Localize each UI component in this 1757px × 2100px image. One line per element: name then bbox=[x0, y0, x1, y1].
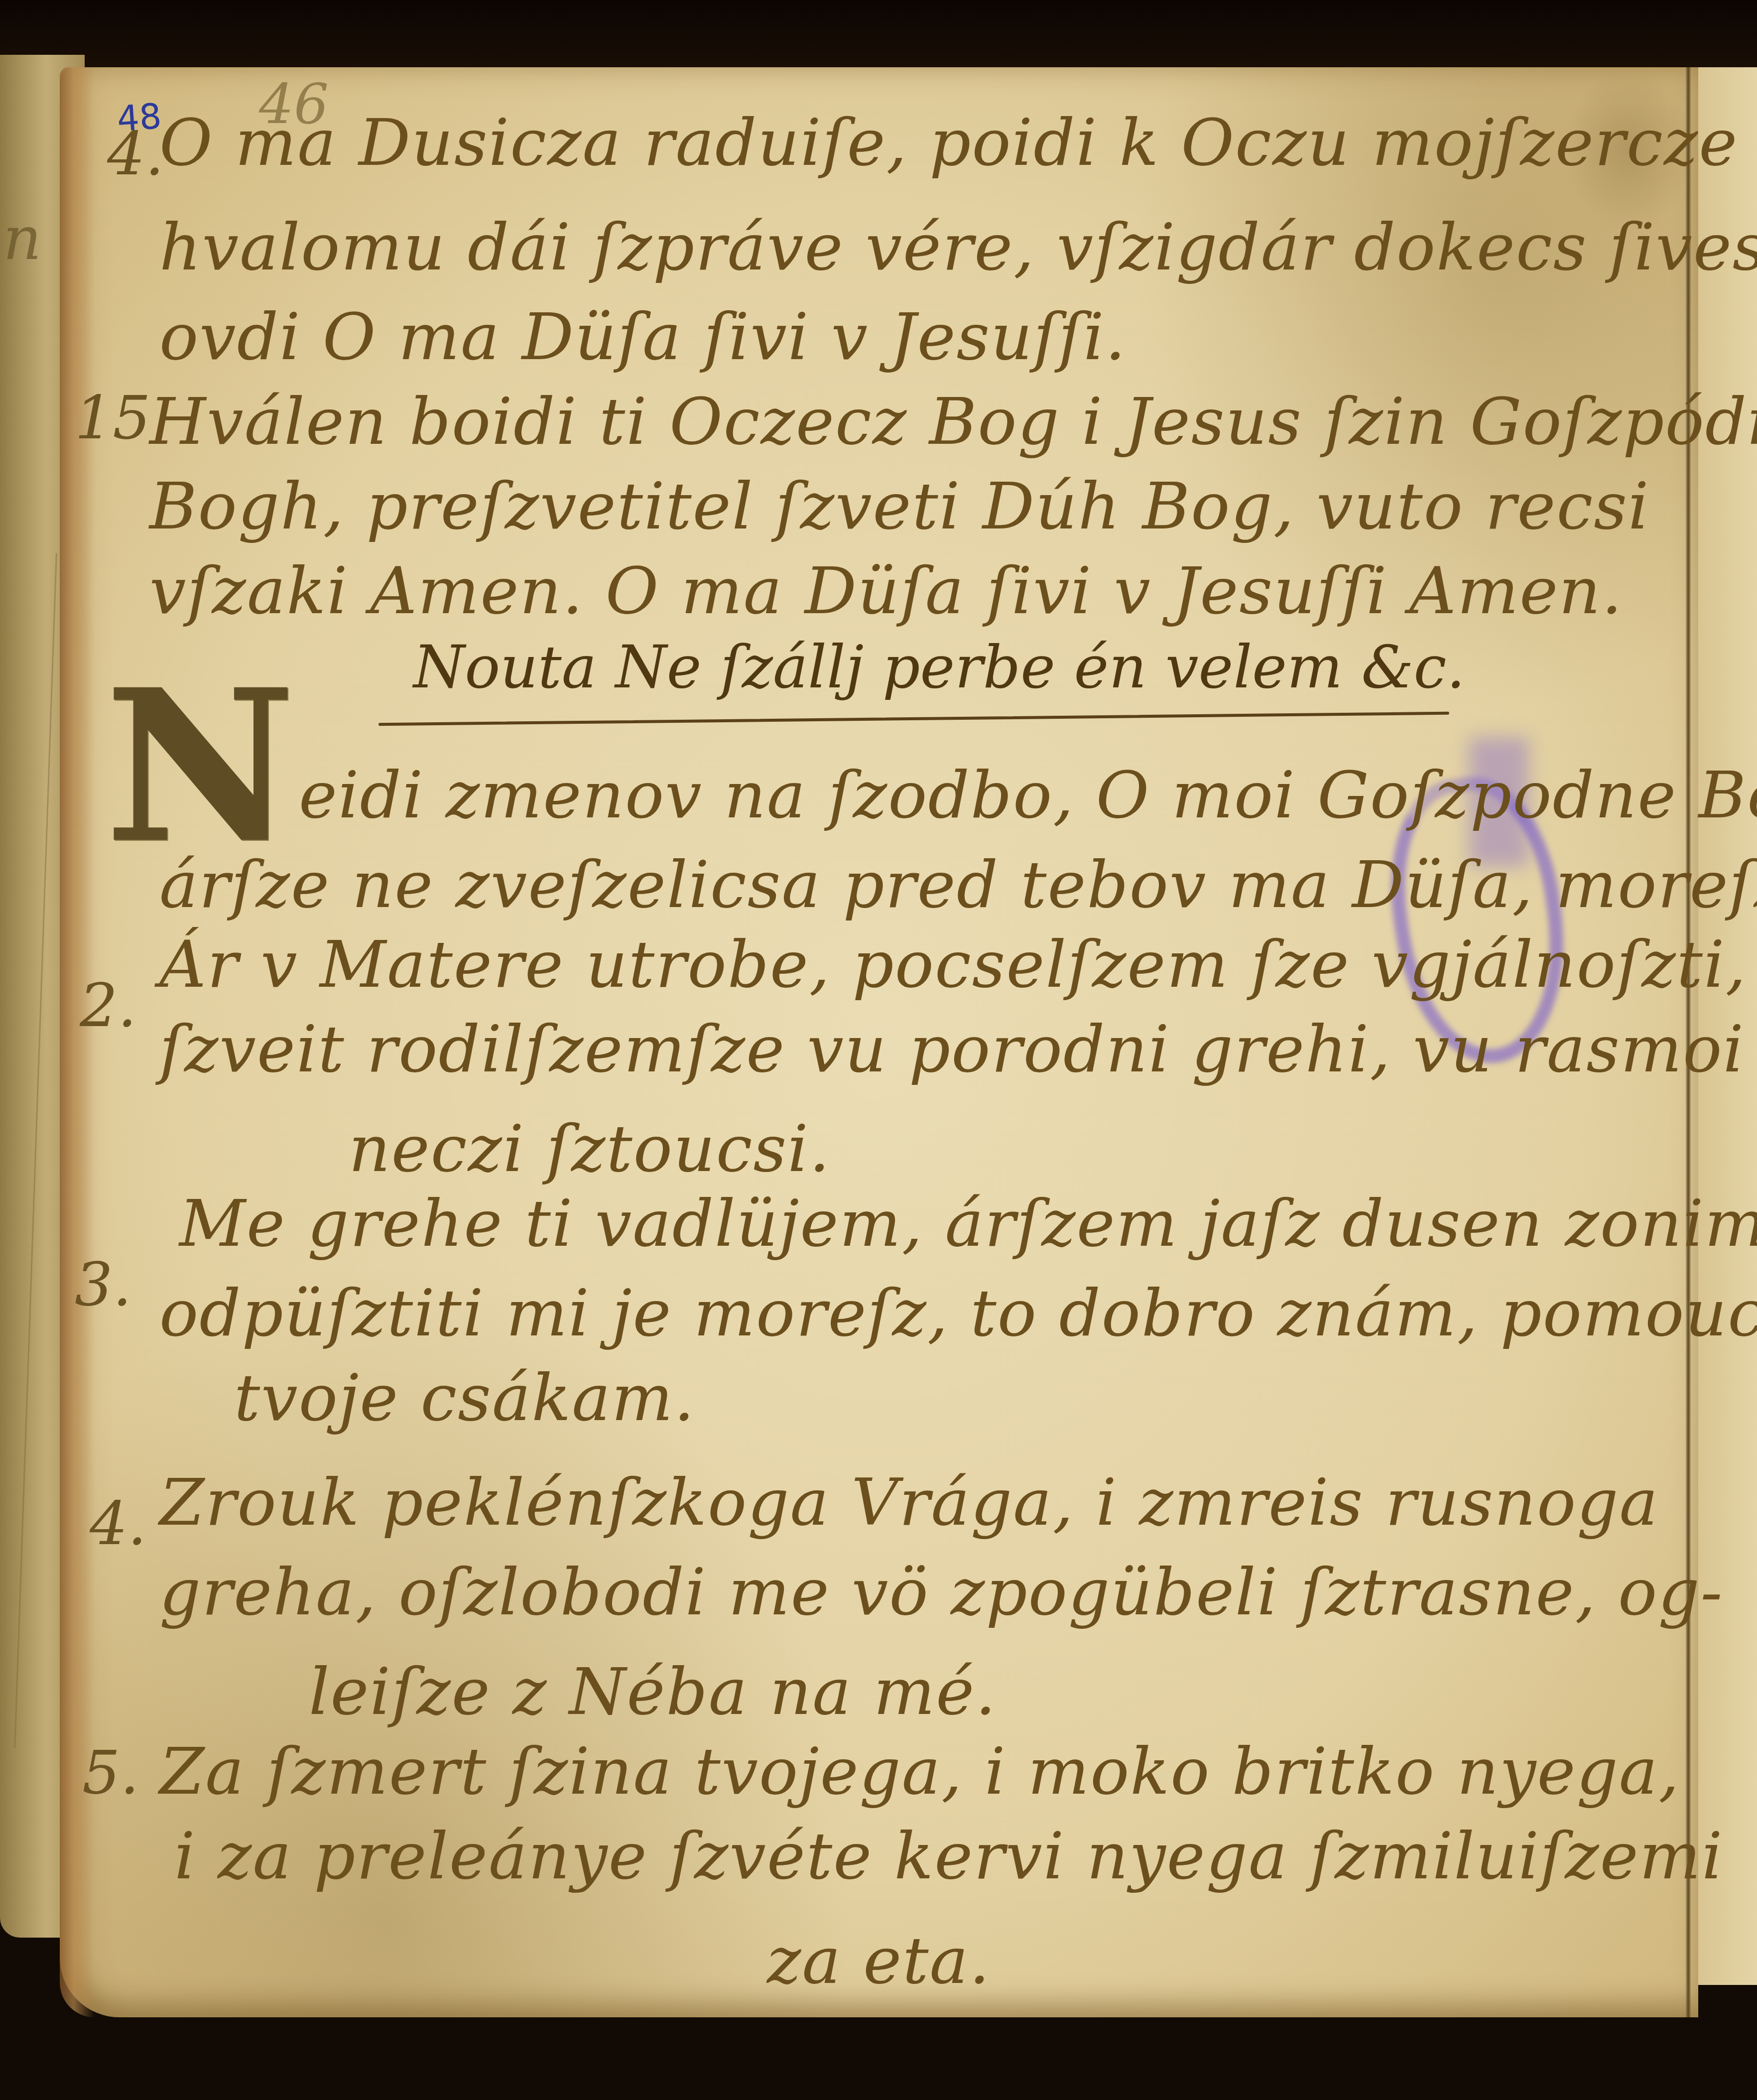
gutter-edge bbox=[60, 67, 95, 2017]
verse-line: i za preleánye ſzvéte kervi nyega ſzmilu… bbox=[174, 1818, 1724, 1894]
verse-line: tvoje csákam. bbox=[234, 1360, 695, 1436]
dark-background-top bbox=[0, 0, 1757, 67]
decorated-initial: N bbox=[105, 662, 296, 872]
verse-line: ſzveit rodilſzemſze vu porodni grehi, vu… bbox=[159, 1011, 1745, 1087]
verse-line: Bogh, preſzvetitel ſzveti Dúh Bog, vuto … bbox=[149, 468, 1650, 544]
verse-line: ovdi O ma Düſa ſivi v Jesuſſi. bbox=[159, 299, 1127, 375]
verse-number: 15 bbox=[75, 384, 151, 453]
verse-number: 4. bbox=[107, 120, 164, 189]
verse-line: neczi ſztoucsi. bbox=[349, 1111, 831, 1186]
verse-number: 2. bbox=[80, 971, 137, 1041]
hymn-heading: Nouta Ne ſzállj perbe én velem &c. bbox=[413, 633, 1465, 701]
verse-line: Hválen boidi ti Oczecz Bog i Jesus ſzin … bbox=[149, 384, 1757, 459]
verse-line: hvalomu dái ſzpráve vére, vſzigdár dokec… bbox=[159, 209, 1757, 285]
verse-line: greha, oſzlobodi me vö zpogübeli ſztrasn… bbox=[159, 1554, 1724, 1630]
verse-line: eidi zmenov na ſzodbo, O moi Goſzpodne B… bbox=[299, 757, 1757, 833]
verse-line: O ma Dusicza raduiſe, poidi k Oczu mojſz… bbox=[159, 105, 1738, 180]
verse-line: Zrouk peklénſzkoga Vrága, i zmreis rusno… bbox=[159, 1464, 1659, 1540]
verse-number: 5. bbox=[82, 1738, 139, 1808]
verse-number: 4. bbox=[90, 1489, 147, 1559]
verse-line: za eta. bbox=[767, 1923, 991, 1998]
verse-line: Me grehe ti vadlüjem, árſzem jaſz dusen … bbox=[179, 1185, 1757, 1261]
verse-line: odpüſztiti mi je moreſz, to dobro znám, … bbox=[159, 1275, 1757, 1351]
verse-line: leiſze z Néba na mé. bbox=[309, 1654, 997, 1729]
verse-line: árſze ne zveſzelicsa pred tebov ma Düſa,… bbox=[159, 847, 1757, 922]
previous-page-glyph: n bbox=[3, 204, 41, 273]
verse-line: vſzaki Amen. O ma Düſa ſivi v Jesuſſi Am… bbox=[149, 553, 1623, 629]
verse-line: Ár v Materе utrobe, pocselſzem ſze vgjál… bbox=[159, 926, 1757, 1002]
previous-page-stroke bbox=[14, 553, 57, 1748]
verse-line: Za ſzmert ſzina tvojega, i moko britko n… bbox=[159, 1733, 1680, 1809]
verse-number: 3. bbox=[75, 1250, 132, 1319]
